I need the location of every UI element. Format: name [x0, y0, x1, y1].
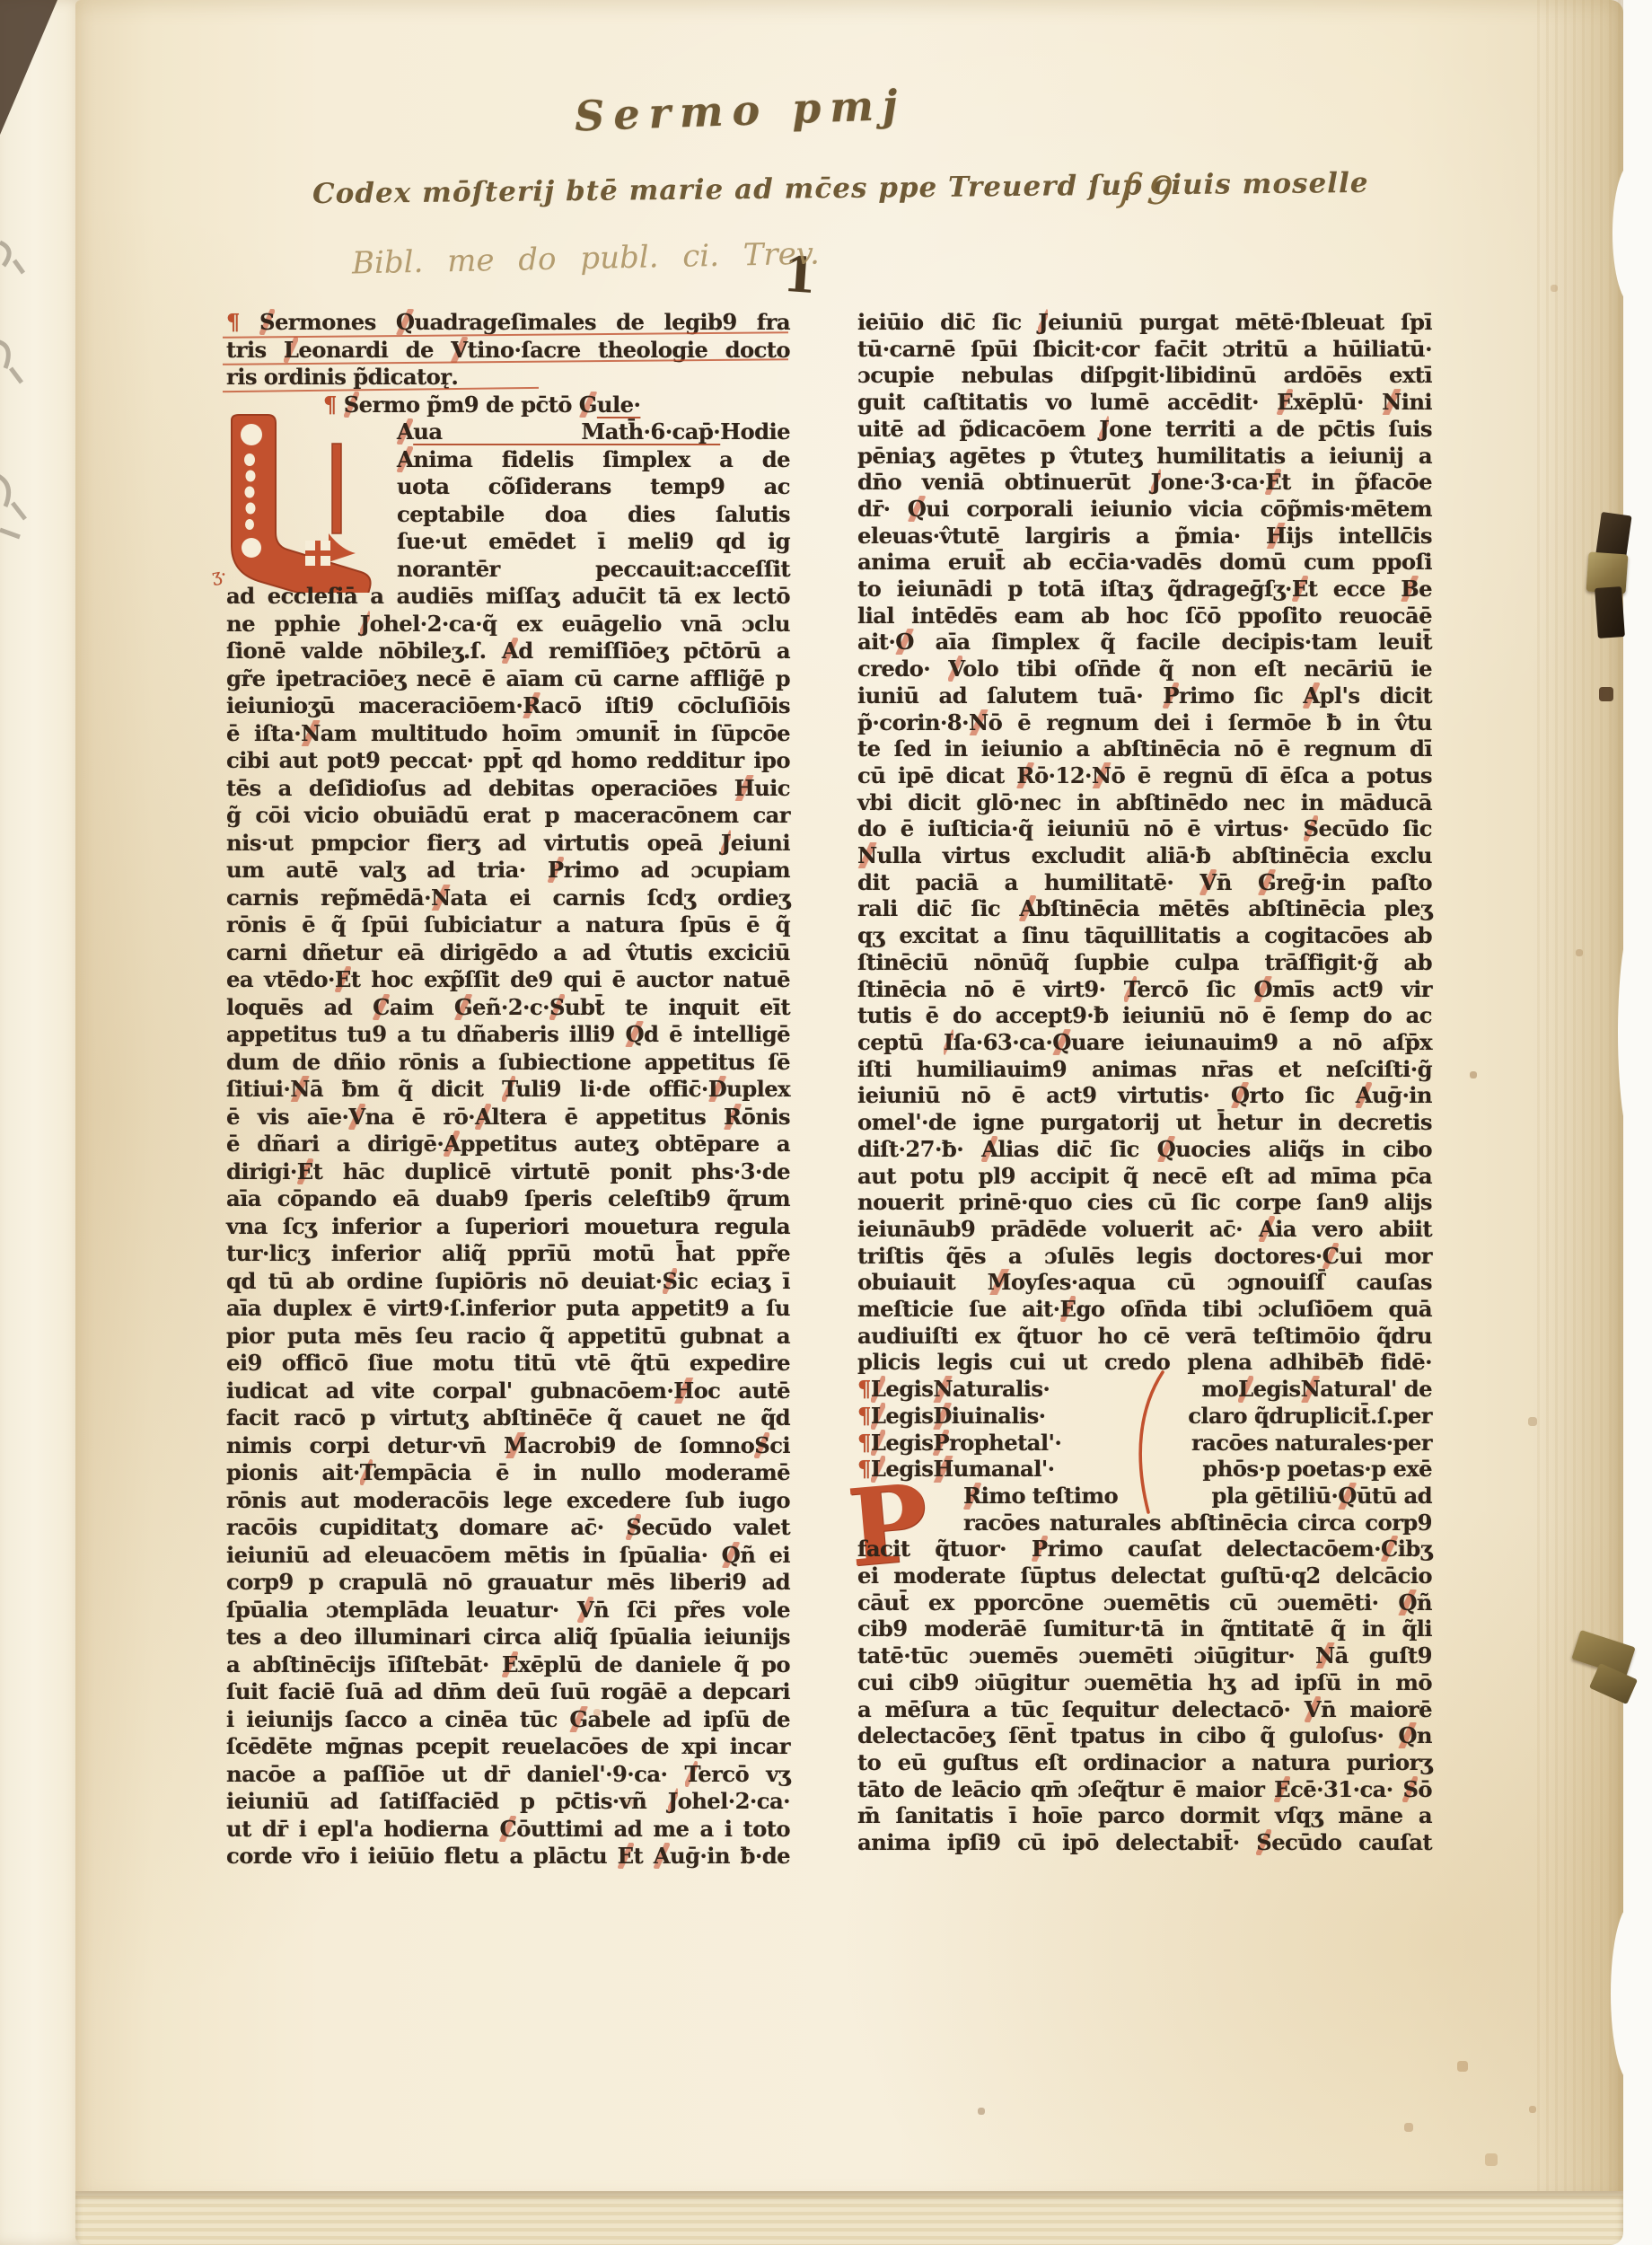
text-line: a abſtinēcijs īſiſtebāt· Exēplū de danie…: [226, 1651, 790, 1679]
text-run: aīa duplex ē virt9·ſ.inferior puta appet…: [226, 1295, 790, 1321]
rubricated-capital: J: [1038, 309, 1048, 335]
rubricated-capital: A: [397, 418, 413, 445]
rubricated-capital: E: [1274, 1776, 1290, 1802]
text-line: corde vr̄o i ieiūio fletu a plāctu Et Au…: [226, 1843, 790, 1871]
text-run: racōes naturales abſtinēcia circa corp9: [963, 1510, 1432, 1536]
text-run: aturalis·: [953, 1376, 1050, 1403]
rubricated-capital: N: [969, 709, 989, 735]
text-run: m̄ ſanitatis ī hoīe parco dormit vſqʒ mā…: [857, 1802, 1432, 1828]
rubricated-capital: S: [626, 1514, 641, 1540]
text-run: phōs·p poetas·p exē: [1202, 1456, 1432, 1483]
rubricated-capital: S: [754, 1432, 769, 1458]
column-gap: [1118, 1483, 1211, 1510]
text-run: ercō ſic: [1137, 976, 1253, 1002]
text-line: ei9 officō ſiue motu titū vtē q̃tū exped…: [226, 1350, 790, 1378]
text-run: um autē valʒ ad tria·: [226, 857, 548, 883]
text-line: iuniū ad ſalutem tuā· Primo ſic Apl's di…: [857, 682, 1432, 709]
text-line: ieiuniū ad eleuacōem mētis in ſpūalia· Q…: [226, 1542, 790, 1570]
text-line: norantēr peccauit:acceſſit: [226, 556, 790, 584]
text-line: ut dr̄ i epl'a hodierna Cōuttimi ad me a…: [226, 1816, 790, 1844]
text-line: ieiunioʒū maceraciōem·Racō iſti9 cōcluſi…: [226, 692, 790, 720]
text-line: tēs a deſidioſus ad debitas operaciōes H…: [226, 775, 790, 803]
text-line: rōnis aut moderacōis lege excedere ſub i…: [226, 1487, 790, 1515]
rubricated-capital: A: [502, 638, 518, 664]
text-run: cib9 moderāē ſumitur·tā in q̃ntitatē q̃ …: [857, 1616, 1432, 1642]
text-run: guit caſtitatis vo lumē accēdit·: [857, 389, 1277, 415]
clasp-brass-fitting-icon: [1589, 1663, 1638, 1704]
text-run: xēplū·: [1293, 389, 1382, 415]
text-run: reḡ·in paſto: [1276, 869, 1432, 895]
text-run: atural' de: [1320, 1376, 1432, 1403]
text-line: ē vis aīe·Vna ē rō·Altera ē appetitus Rō…: [226, 1104, 790, 1131]
rubricated-capital: T: [1124, 976, 1138, 1002]
rubricated-capital: O: [895, 629, 914, 655]
rubricated-capital: Q: [625, 1021, 644, 1047]
text-run: ſpūalia ɔtemplāda leuatur·: [226, 1597, 577, 1623]
text-run: ē dñari a dirigē·: [226, 1131, 444, 1157]
text-line: ris ordinis p̃dicator̨.: [226, 364, 790, 392]
rubricated-capital: J: [1151, 469, 1161, 495]
rubricated-capital: L: [871, 1456, 885, 1483]
text-line: ¶ Legis Prophetal'·racōes naturales·per: [857, 1430, 1432, 1457]
text-line: nouerit prinē·quo cies cū ſic corpe ſan9…: [857, 1189, 1432, 1216]
text-run: aut potu pl9 accipit q̃ necē eſt ad mīma…: [857, 1163, 1432, 1189]
text-run: ieiuniū ad eleuacōem mētis in ſpūalia·: [226, 1542, 722, 1568]
text-run: uitē ad p̃dicacōem: [857, 416, 1099, 442]
text-run: ē vis aīe·: [226, 1104, 348, 1130]
text-line: ē dñari a dirigē·Appetitus auteʒ obtēpar…: [226, 1131, 790, 1158]
text-line: uota cõſiderans temp9 ac: [226, 473, 790, 501]
text-run: dn̄o veniā obtinuerūt: [857, 469, 1151, 495]
text-run: imo teſtimo: [981, 1483, 1119, 1510]
text-run: ieiunioʒū maceraciōem·: [226, 692, 523, 718]
deckle-edge: [1537, 0, 1623, 2211]
text-run: ui corporali ieiunio vicia cōp̃mis·mētem: [926, 496, 1432, 522]
text-line: nacōe a paſſiōe ut dr̄ daniel'·9·ca· Ter…: [226, 1761, 790, 1789]
text-run: t hoc exp̃ſſit de9 qui ē auctor natuē: [351, 966, 790, 992]
book-clasp-upper: [1577, 514, 1636, 636]
text-run: n̄ maiorē: [1321, 1696, 1432, 1722]
text-run: tū·carnē ſpūi ſbicit·cor fac̄it ɔtritū a…: [857, 336, 1432, 362]
text-run: ermones: [275, 309, 396, 335]
text-line: tū·carnē ſpūi ſbicit·cor fac̄it ɔtritū a…: [857, 336, 1432, 363]
rubricated-capital: H: [673, 1378, 693, 1404]
text-run: a abſtinēcijs īſiſtebāt·: [226, 1651, 502, 1677]
text-run: ei moderate ſūptus delectat guſtū·q2 del…: [857, 1563, 1432, 1589]
text-line: ſuit faciē ſuā ad dn̄m deū ſuū rogāē a d…: [226, 1678, 790, 1706]
text-run: audiuiſti ex q̃tuor ho cē verā teſtimōio…: [857, 1323, 1432, 1349]
text-line: cui cib9 ɔiūgitur ɔuemētia hʒ ad ipſū in…: [857, 1669, 1432, 1696]
text-line: ea vtēdo·Et hoc exp̃ſſit de9 qui ē aucto…: [226, 966, 790, 994]
text-run: acrobi9 de ſomno: [527, 1432, 754, 1458]
text-line: ſitiui·Nā ƀm q̃ dicit Tuli9 li·de offic̄…: [226, 1076, 790, 1104]
text-run: ōnis: [742, 1104, 790, 1130]
text-run: cē·31·ca·: [1290, 1776, 1402, 1802]
text-line: g̃ cōi vicio obuiādū erat p maceracōnem …: [226, 802, 790, 830]
text-line: ad eccleſiā a audiēs miſſaʒ aduc̄it tā e…: [226, 583, 790, 611]
text-run: tur·licʒ inferior aliq̃ pprīū motū h̄at …: [226, 1240, 790, 1266]
text-line: vna ſcʒ inferior a ſuperiori mouetura re…: [226, 1213, 790, 1241]
text-run: qd tū ab ordine ſupiōris nō deuiat·: [226, 1268, 663, 1294]
rubricated-capital: T: [360, 1459, 373, 1485]
text-line: um autē valʒ ad tria· Primo ad ɔcupiam: [226, 857, 790, 885]
rubricated-capital: Q: [396, 309, 415, 335]
text-run: uli9 li·de offic̄·: [515, 1076, 707, 1102]
text-run: t: [634, 1843, 654, 1869]
rubricated-capital: D: [933, 1403, 951, 1430]
text-line: ceptū Iſa·63·ca·Quare ieiunauim9 a nō aſ…: [857, 1029, 1432, 1056]
text-run: te ſed in ieiunio a abſtinēcia nō ē regn…: [857, 735, 1432, 762]
rubricated-capital: A: [654, 1843, 670, 1869]
text-run: aīa cōpando eā duab9 ſperis celeſtib9 q̃…: [226, 1185, 790, 1211]
text-run: iudicat ad vite corpal' gubnacōem·: [226, 1378, 673, 1404]
text-line: corp9 p crapulā nō grauatur mēs liberi9 …: [226, 1569, 790, 1597]
rubricated-capital: Q: [1052, 1029, 1071, 1055]
text-run: diſt·27·ƀ·: [857, 1136, 981, 1162]
text-run: ōuttimi ad me a i toto: [516, 1816, 790, 1842]
text-run: uplex: [726, 1076, 790, 1102]
text-line: delectacōeʒ ſēnt̄ tpatus in cibo q̃ gulo…: [857, 1722, 1432, 1749]
text-run: ecūdo ſic: [1318, 815, 1432, 841]
text-run: eiuni: [731, 830, 790, 856]
rubricated-capital: H: [1266, 523, 1286, 549]
right-text-column: P ieiūio dic̄ ſic Jeiuniū purgat mētē·ſb…: [857, 309, 1432, 1856]
rubricated-capital: G: [1258, 869, 1276, 895]
text-run: ſue·ut emēdet ī meli9 qd ig: [397, 528, 790, 554]
text-run: oc autē: [694, 1378, 790, 1404]
text-run: tutis ē do accept9·ƀ ieiuniū nō ē ſemp d…: [857, 1002, 1432, 1028]
text-line: obuiauit Moyſes·aqua cū ɔgnouiſſ̄ cauſas: [857, 1269, 1432, 1296]
rubricated-capital: E: [335, 966, 351, 992]
text-line: pēniaʒ agētes p v̂tuteʒ humilitatis a ie…: [857, 443, 1432, 470]
text-line: anima eruit̄ ab ecc̄ia·vadēs domū cum pp…: [857, 549, 1432, 576]
text-run: ceptū: [857, 1029, 944, 1055]
rubricated-capital: G: [569, 1706, 587, 1732]
text-run: one·3·ca·: [1161, 469, 1266, 495]
text-run: ō ē regnum dei i ſermōe ƀ in v̂tu: [989, 709, 1432, 735]
rubricated-capital: E: [1265, 469, 1281, 495]
text-run: facit q̃tuor·: [857, 1536, 1032, 1562]
rubricated-capital: A: [444, 1131, 460, 1157]
text-run: iuniū ad ſalutem tuā·: [857, 682, 1163, 709]
text-run: iuinalis·: [952, 1403, 1046, 1430]
text-line: ieiūio dic̄ ſic Jeiuniū purgat mētē·ſble…: [857, 309, 1432, 336]
text-line: ¶ Legis Naturalis·mo Legis Natural' de: [857, 1376, 1432, 1403]
text-line: tur·licʒ inferior aliq̃ pprīū motū h̄at …: [226, 1240, 790, 1268]
text-run: carni dñetur eā dirigēdo a ad v̂tutis ex…: [226, 939, 790, 965]
text-run: ule·: [597, 392, 640, 418]
text-line: ¶ Sermo p̃m9 de pc̄tō Gule·: [226, 392, 790, 419]
text-run: ercō vʒ: [698, 1761, 790, 1787]
text-run: oyſes·aqua cū ɔgnouiſſ̄ cauſas: [1011, 1269, 1432, 1295]
text-run: empācia ē in nullo moderamē: [373, 1459, 790, 1485]
text-line: ieiuniū ad ſatiſfaciēd p pc̄tis·vñ Johel…: [226, 1788, 790, 1816]
text-run: aīa ſimplex q̃ facile decipis·tam leuit̄: [914, 629, 1432, 655]
rubricated-capital: A: [397, 446, 413, 472]
text-run: ut dr̄ i epl'a hodierna: [226, 1816, 499, 1842]
rubricated-capital: N: [431, 885, 451, 911]
text-run: d remiſſiōeʒ pc̄tōrū a: [518, 638, 790, 664]
text-line: qd tū ab ordine ſupiōris nō deuiat·Sic e…: [226, 1268, 790, 1296]
text-run: ieiunāub9 prādēde voluerit ac̄·: [857, 1216, 1259, 1242]
rubricated-capital: S: [663, 1268, 678, 1294]
rubricated-capital: N: [301, 720, 321, 746]
text-run: rōnis aut moderacōis lege excedere ſub i…: [226, 1487, 790, 1513]
text-run: eiuniū purgat mētē·ſbleuat ſpī: [1048, 309, 1432, 335]
text-line: cibi aut pot9 peccat· ppt̄ qd homo reddi…: [226, 747, 790, 775]
text-run: rimo ad ɔcupiam: [564, 857, 790, 883]
text-line: rali dic̄ ſic Abſtinēcia mētēs abſtinēci…: [857, 895, 1432, 922]
text-line: uitē ad p̃dicacōem Jone territi a de pc̄…: [857, 416, 1432, 443]
text-line: tutis ē do accept9·ƀ ieiuniū nō ē ſemp d…: [857, 1002, 1432, 1029]
rubricated-capital: L: [1238, 1376, 1252, 1403]
rubricated-capital: N: [290, 1076, 310, 1102]
rubricated-capital: E: [1277, 389, 1293, 415]
rubricated-capital: P: [933, 1430, 949, 1457]
text-run: ic eciaʒ ī: [677, 1268, 790, 1294]
text-line: to eū guſtus eſt ordinacior a natura pur…: [857, 1749, 1432, 1776]
text-run: ris ordinis p̃dicator̨.: [226, 364, 458, 390]
text-line: omel'·de igne purgatorij ut h̄etur in de…: [857, 1109, 1432, 1136]
text-run: mo: [1201, 1376, 1238, 1403]
text-line: lial intēdēs eam ab hoc ſc̄ō ppoſito reu…: [857, 603, 1432, 629]
text-run: one territi a de pc̄tis ſuis: [1109, 416, 1432, 442]
rubricated-capital: N: [1301, 1376, 1321, 1403]
text-run: dr̄·: [857, 496, 908, 522]
text-line: facit q̃tuor· Primo cauſat delectacōem·C…: [857, 1536, 1432, 1563]
text-line: dit paciā a humilitatē· Vn̄ Greḡ·in paſt…: [857, 869, 1432, 896]
text-run: olo tibi oſn̄de q̃ non eſt necāriū ie: [962, 656, 1432, 682]
text-run: eñ·2·c·: [472, 994, 549, 1020]
text-run: nacōe a paſſiōe ut dr̄ daniel'·9·ca·: [226, 1761, 685, 1787]
text-run: uocies aliq̃s in cibo: [1175, 1136, 1432, 1162]
rubricated-capital: L: [284, 337, 298, 363]
deckle-notch: [1612, 162, 1652, 305]
text-run: i ieiunijs ſacco a cinēa tūc: [226, 1706, 569, 1732]
rubricated-capital: D: [708, 1076, 726, 1102]
text-run: ermo p̃m9 de pc̄tō: [359, 392, 579, 418]
text-run: ō ē regnū dī ēſca a potus: [1112, 762, 1433, 788]
text-run: lias dic̄ ſic: [997, 1136, 1156, 1162]
text-line: ſtinēcia nō ē virt9· Tercō ſic Omīs act9…: [857, 976, 1432, 1003]
text-run: ō: [1418, 1776, 1432, 1802]
rubricated-capital: C: [373, 994, 390, 1020]
text-line: eleuas·v̂tutē largiris a p̃mia· Hijs int…: [857, 523, 1432, 550]
rubricated-capital: Q: [1398, 1589, 1417, 1616]
text-run: ohel·2·ca·q̃ ex euāgelio vnā ɔclu: [370, 611, 790, 637]
rubricated-capital: L: [871, 1403, 885, 1430]
text-run: ē iſta·: [226, 720, 301, 746]
text-run: plicis legis cui ut credo plena adhibēƀ …: [857, 1349, 1432, 1375]
text-run: cū ipē dicat: [857, 762, 1016, 788]
text-run: tatē·tūc ɔuemēs ɔuemēti ɔiūgitur·: [857, 1642, 1315, 1668]
text-run: ſa·63·ca·: [953, 1029, 1053, 1055]
text-run: uḡ·in ƀ·de: [670, 1843, 790, 1869]
text-run: cui cib9 ɔiūgitur ɔuemētia hʒ ad ipſū in…: [857, 1669, 1432, 1695]
text-line: meſticie ſue ait·Ego oſn̄da tibi ɔcluſiō…: [857, 1296, 1432, 1323]
text-line: nis·ut pmpcior fierʒ ad virtutis opeā Je…: [226, 830, 790, 858]
text-run: ia vero abiit: [1275, 1216, 1432, 1242]
rubricated-capital: Q: [1157, 1136, 1176, 1162]
text-line: facit racō p virtutʒ abſtinēc̄e q̃ cauet…: [226, 1404, 790, 1432]
text-run: ait·: [857, 629, 895, 655]
text-run: ā ƀm q̃ dicit: [310, 1076, 502, 1102]
text-run: ecūdo cauſat: [1271, 1829, 1432, 1855]
text-run: egis: [885, 1456, 933, 1483]
text-run: facit racō p virtutʒ abſtinēc̄e q̃ cauet…: [226, 1404, 790, 1431]
text-line: pionis ait·Tempācia ē in nullo moderamē: [226, 1459, 790, 1487]
text-run: ata ei carnis ſcdʒ ordieʒ: [451, 885, 790, 911]
text-line: m̄ ſanitatis ī hoīe parco dormit vſqʒ mā…: [857, 1802, 1432, 1829]
text-line: appetitus tu9 a tu dñaberis illi9 Qd ē i…: [226, 1021, 790, 1049]
text-run: eleuas·v̂tutē largiris a p̃mia·: [857, 523, 1266, 549]
text-run: mīs act9 vir: [1272, 976, 1432, 1002]
rubricated-capital: M: [504, 1432, 527, 1458]
text-line: ē iſta·Nam multitudo hoīm ɔmunit̄ in ſūp…: [226, 720, 790, 748]
text-run: ne pphie: [226, 611, 360, 637]
deckle-notch: [1611, 1904, 1652, 2083]
text-run: ūtū ad: [1357, 1483, 1432, 1510]
text-run: omel'·de igne purgatorij ut h̄etur in de…: [857, 1109, 1432, 1135]
column-gap: [1055, 1456, 1203, 1483]
text-run: go oſn̄da tibi ɔcluſiōem quā: [1076, 1296, 1432, 1322]
rubricated-capital: Q: [1231, 1082, 1250, 1108]
text-line: aut potu pl9 accipit q̃ necē eſt ad mīma…: [857, 1163, 1432, 1190]
text-run: tēs a deſidioſus ad debitas operaciōes: [226, 775, 734, 801]
text-line: dirigi·Et hāc duplicē virtutē ponit phs·…: [226, 1158, 790, 1186]
rubricated-capital: G: [579, 392, 597, 418]
text-run: ini: [1402, 389, 1432, 415]
text-line: do ē iuſticia·q̃ ieiuniū nō ē virtus· Se…: [857, 815, 1432, 842]
text-line: gr̃e ipetraciōeʒ necē ē aīam cū carne af…: [226, 665, 790, 693]
rubricated-capital: V: [948, 656, 962, 682]
rubricated-capital: S: [549, 994, 565, 1020]
rubricated-capital: T: [685, 1761, 699, 1787]
text-line: p̃·corin·8·Nō ē regnum dei i ſermōe ƀ in…: [857, 709, 1432, 736]
text-run: rimo cauſat delectacōem·: [1048, 1536, 1382, 1562]
rubricated-capital: Q: [908, 496, 927, 522]
text-run: dum de dñio rōnis a ſubiectione appetitu…: [226, 1049, 790, 1075]
text-run: n: [1417, 1722, 1432, 1748]
text-run: pla gētiliū·: [1212, 1483, 1339, 1510]
text-run: corde vr̄o i ieiūio fletu a plāctu: [226, 1843, 618, 1869]
text-run: egis: [885, 1403, 933, 1430]
rubricated-capital: R: [523, 692, 540, 718]
text-run: cibi aut pot9 peccat· ppt̄ qd homo reddi…: [226, 747, 790, 773]
rubricated-capital: V: [1305, 1696, 1321, 1722]
text-line: diſt·27·ƀ· Alias dic̄ ſic Quocies aliq̃s…: [857, 1136, 1432, 1163]
text-run: nouerit prinē·quo cies cū ſic corpe ſan9…: [857, 1189, 1432, 1215]
rubricated-capital: A: [1259, 1216, 1275, 1242]
text-run: pl's dicit: [1320, 682, 1432, 709]
text-line: ſpūalia ɔtemplāda leuatur· Vn̄ ſc̄i pr̃e…: [226, 1597, 790, 1624]
text-run: t ecce: [1308, 576, 1401, 602]
text-run: meſticie ſue ait·: [857, 1296, 1060, 1322]
text-run: t hāc duplicē virtutē ponit phs·3·de: [313, 1158, 790, 1184]
text-run: norantēr peccauit:acceſſit: [397, 556, 790, 582]
text-run: ieiūio dic̄ ſic: [857, 309, 1038, 335]
text-run: egis: [885, 1430, 933, 1457]
text-run: triſtis q̃ēs a ɔſulēs legis doctores·: [857, 1243, 1322, 1269]
text-run: anima ipſi9 cū ipō delectabit̄·: [857, 1829, 1256, 1855]
text-line: qʒ excitat a ſinu tāquillitatis a cogita…: [857, 922, 1432, 949]
text-run: bſtinēcia mētēs abſtinēcia pleʒ: [1036, 895, 1432, 921]
text-run: ſitiui·: [226, 1076, 290, 1102]
text-line: ſue·ut emēdet ī meli9 qd ig: [226, 528, 790, 556]
text-line: Nulla virtus excludit aliā·ƀ abſtinēcia …: [857, 842, 1432, 869]
text-line: to ieiunādi p totā iſtaʒ q̃drageḡſʒ·Et e…: [857, 576, 1432, 603]
text-run: p̃·corin·8·: [857, 709, 969, 735]
text-run: nima fidelis ſimplex a de: [413, 446, 790, 472]
left-text-column: ʒ· ¶ Sermones Quadrageſimales de legib9 …: [226, 309, 790, 1871]
rubricated-capital: N: [933, 1376, 953, 1403]
text-line: iudicat ad vite corpal' gubnacōem·Hoc au…: [226, 1378, 790, 1405]
text-run: e: [1419, 576, 1432, 602]
text-line: ¶ Legis Diuinalis·claro q̃druplicit̄.ſ.p…: [857, 1403, 1432, 1430]
rubricated-capital: R: [724, 1104, 742, 1130]
text-run: ieiuniū nō ē act9 virtutis·: [857, 1082, 1231, 1108]
clasp-strap-icon: [1595, 586, 1625, 638]
text-run: ibʒ: [1398, 1536, 1432, 1562]
rubricated-capital: M: [988, 1269, 1011, 1295]
rubricated-capital: E: [1292, 576, 1308, 602]
deckle-notch: [1618, 916, 1652, 1149]
text-line: iſti humiliauim9 animas nr̄as et neſciſt…: [857, 1056, 1432, 1083]
rubricated-capital: C: [1381, 1536, 1398, 1562]
column-gap: [1046, 1403, 1189, 1430]
text-line: racōis cupiditatʒ domare ac̄· Secūdo val…: [226, 1514, 790, 1542]
rubricated-capital: P: [1163, 682, 1179, 709]
text-run: dirigi·: [226, 1158, 297, 1184]
photograph-of-incunable-page: { "annotations": { "running_title": "Ser…: [0, 0, 1652, 2245]
text-line: ɔcupie nebulas diſpgit·libidinū ardōēs e…: [857, 362, 1432, 389]
red-pilcrow: ¶: [857, 1403, 871, 1430]
rubricated-capital: Q: [1338, 1483, 1357, 1510]
text-line: ſcēdēte mḡnas pcepit reuelacōes de xpi i…: [226, 1733, 790, 1761]
text-line: Rimo teſtimopla gētiliū· Qūtū ad: [857, 1483, 1432, 1510]
text-line: guit caſtitatis vo lumē accēdit· Exēplū·…: [857, 389, 1432, 416]
text-run: rophetal'·: [949, 1430, 1061, 1457]
text-run: ijs intellc̄is: [1286, 523, 1432, 549]
text-run: credo·: [857, 656, 948, 682]
page-block-bottom-edge: [75, 2191, 1623, 2245]
rubricated-capital: P: [548, 857, 564, 883]
text-run: n̄ ſc̄i pr̃es vole: [593, 1597, 790, 1623]
text-line: i ieiunijs ſacco a cinēa tūc Gabele ad i…: [226, 1706, 790, 1734]
text-run: uota cõſiderans temp9 ac: [397, 473, 790, 499]
text-run: egis: [1253, 1376, 1301, 1403]
text-run: rōnis ē q̃ ſpūi ſubiciatur a natura ſpūs…: [226, 911, 790, 938]
text-run: ñ ei: [740, 1542, 790, 1568]
text-run: ppetitus auteʒ obtēpare a: [460, 1131, 790, 1157]
text-run: cāut̄ ex pporcōne ɔuemētis cū ɔuemēti·: [857, 1589, 1398, 1616]
previous-leaf-edge: [0, 0, 86, 2245]
text-run: nis·ut pmpcior fierʒ ad virtutis opeā: [226, 830, 721, 856]
text-line: vbi dicit glō·nec in abſtinēdo nec in mā…: [857, 789, 1432, 816]
text-run: aim: [390, 994, 454, 1020]
text-run: gr̃e ipetraciōeʒ necē ē aīam cū carne af…: [226, 665, 790, 691]
rubricated-capital: H: [734, 775, 754, 801]
rubricated-capital: R: [963, 1483, 981, 1510]
text-run: ulla virtus excludit aliā·ƀ abſtinēcia e…: [877, 842, 1432, 868]
text-run: uadrageſimales de legib9 fra: [414, 309, 790, 335]
rubricated-capital: A: [1356, 1082, 1372, 1108]
text-run: uic: [754, 775, 790, 801]
text-run: umanal'·: [953, 1456, 1055, 1483]
rubricated-capital: J: [360, 611, 370, 637]
rubricated-capital: E: [618, 1843, 634, 1869]
text-line: tatē·tūc ɔuemēs ɔuemēti ɔiūgitur· Nā guſ…: [857, 1642, 1432, 1669]
